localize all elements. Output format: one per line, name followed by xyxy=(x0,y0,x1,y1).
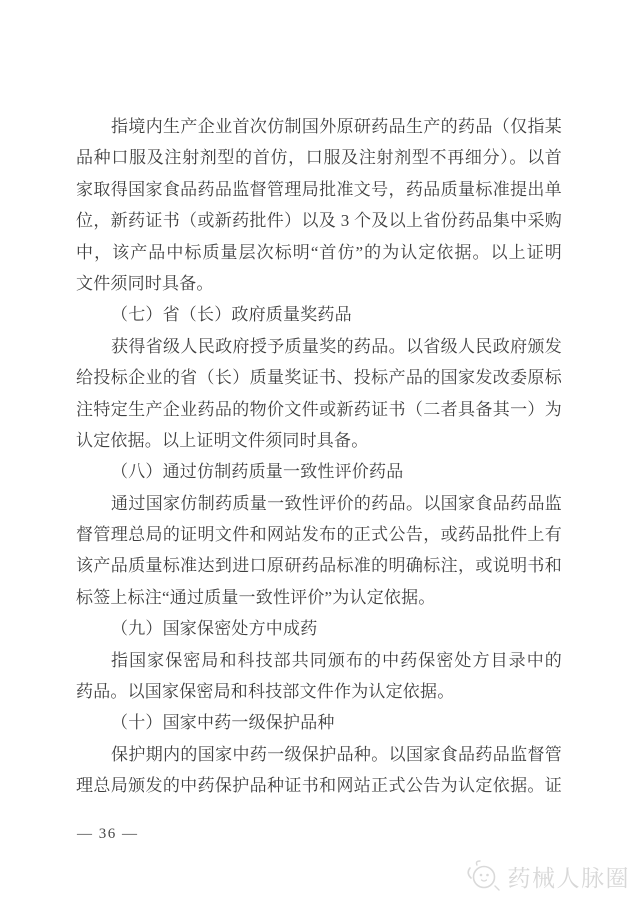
text-line: 该产品质量标准达到进口原研药品标准的明确标注，或说明书和 xyxy=(76,550,562,581)
text-line: 药品。以国家保密局和科技部文件作为认定依据。 xyxy=(76,676,562,707)
text-line: 中，该产品中标质量层次标明“首仿”的为认定依据。以上证明 xyxy=(76,237,562,268)
section-heading: （七）省（长）政府质量奖药品 xyxy=(76,299,562,330)
text-line: 认定依据。以上证明文件须同时具备。 xyxy=(76,425,562,456)
section-heading: （十）国家中药一级保护品种 xyxy=(76,707,562,738)
document-body: 指境内生产企业首次仿制国外原研药品生产的药品（仅指某 品种口服及注射剂型的首仿，… xyxy=(76,111,562,802)
text-line: 标签上标注“通过质量一致性评价”为认定依据。 xyxy=(76,582,562,613)
text-line: 保护期内的国家中药一级保护品种。以国家食品药品监督管 xyxy=(76,739,562,770)
page-number: — 36 — xyxy=(77,826,139,843)
text-line: 给投标企业的省（长）质量奖证书、投标产品的国家发改委原标 xyxy=(76,362,562,393)
watermark-label: 药械人脉圈 xyxy=(508,860,631,893)
text-line: 位，新药证书（或新药批件）以及 3 个及以上省份药品集中采购 xyxy=(76,205,562,236)
text-line: 指境内生产企业首次仿制国外原研药品生产的药品（仅指某 xyxy=(76,111,562,142)
section-heading: （九）国家保密处方中成药 xyxy=(76,613,562,644)
text-line: 督管理总局的证明文件和网站发布的正式公告，或药品批件上有 xyxy=(76,519,562,550)
section-heading: （八）通过仿制药质量一致性评价药品 xyxy=(76,456,562,487)
text-line: 获得省级人民政府授予质量奖的药品。以省级人民政府颁发 xyxy=(76,331,562,362)
text-line: 理总局颁发的中药保护品种证书和网站正式公告为认定依据。证 xyxy=(76,770,562,801)
text-line: 通过国家仿制药质量一致性评价的药品。以国家食品药品监 xyxy=(76,488,562,519)
text-line: 指国家保密局和科技部共同颁布的中药保密处方目录中的 xyxy=(76,645,562,676)
text-line: 家取得国家食品药品监督管理局批准文号，药品质量标准提出单 xyxy=(76,174,562,205)
watermark: 药械人脉圈 xyxy=(465,859,631,893)
document-page: 指境内生产企业首次仿制国外原研药品生产的药品（仅指某 品种口服及注射剂型的首仿，… xyxy=(0,0,640,905)
mascot-face-icon xyxy=(465,859,503,893)
text-line: 品种口服及注射剂型的首仿，口服及注射剂型不再细分）。以首 xyxy=(76,142,562,173)
text-line: 注特定生产企业药品的物价文件或新药证书（二者具备其一）为 xyxy=(76,394,562,425)
text-line: 文件须同时具备。 xyxy=(76,268,562,299)
